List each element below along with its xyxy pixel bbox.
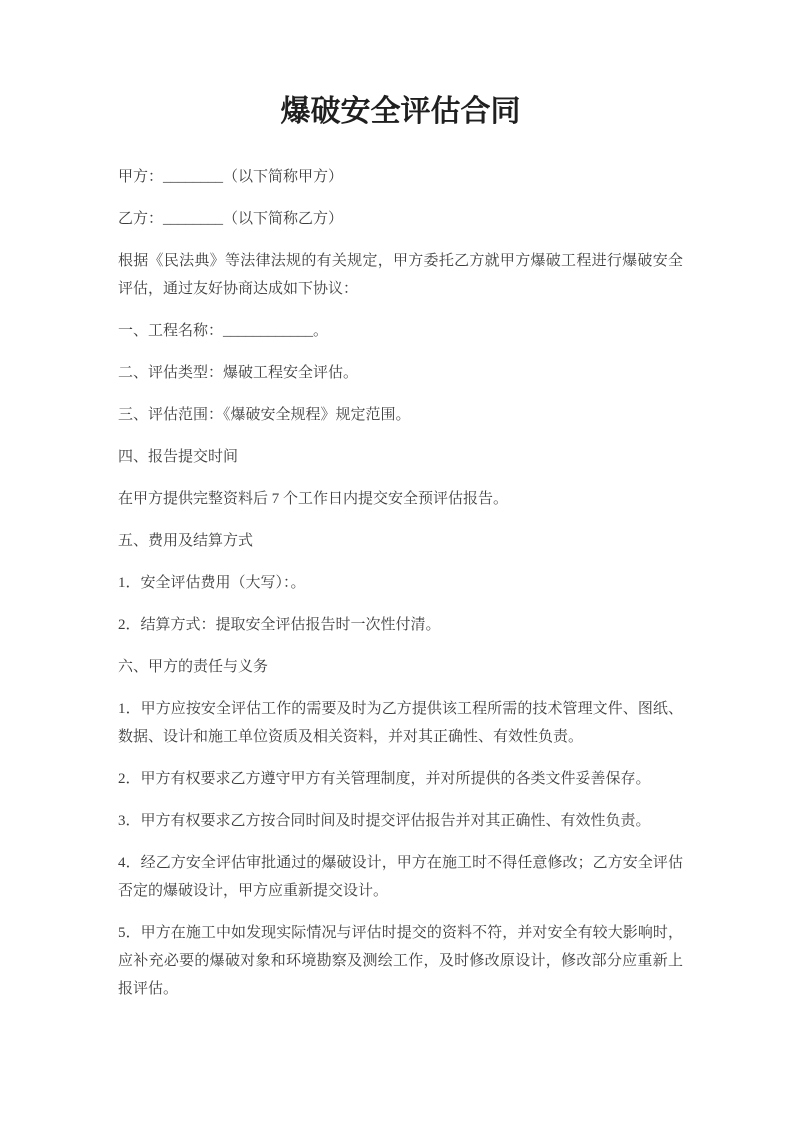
document-page: 爆破安全评估合同 甲方：________（以下简称甲方） 乙方：________… xyxy=(0,0,793,1122)
clause-6-item-3: 3．甲方有权要求乙方按合同时间及时提交评估报告并对其正确性、有效性负责。 xyxy=(118,807,683,835)
clause-5-item-2-settlement: 2．结算方式：提取安全评估报告时一次性付清。 xyxy=(118,611,683,639)
clause-5-heading-fees: 五、费用及结算方式 xyxy=(118,527,683,555)
clause-6-item-5: 5．甲方在施工中如发现实际情况与评估时提交的资料不符，并对安全有较大影响时，应补… xyxy=(118,919,683,1003)
preamble: 根据《民法典》等法律法规的有关规定，甲方委托乙方就甲方爆破工程进行爆破安全评估，… xyxy=(118,247,683,303)
clause-6-item-1: 1．甲方应按安全评估工作的需要及时为乙方提供该工程所需的技术管理文件、图纸、数据… xyxy=(118,695,683,751)
document-content: 爆破安全评估合同 甲方：________（以下简称甲方） 乙方：________… xyxy=(118,0,683,1017)
clause-6-heading-party-a-duties: 六、甲方的责任与义务 xyxy=(118,653,683,681)
document-title: 爆破安全评估合同 xyxy=(118,92,683,132)
clause-6-item-2: 2．甲方有权要求乙方遵守甲方有关管理制度，并对所提供的各类文件妥善保存。 xyxy=(118,765,683,793)
party-a-line: 甲方：________（以下简称甲方） xyxy=(118,163,683,191)
clause-5-item-1-fee: 1．安全评估费用（大写）：。 xyxy=(118,569,683,597)
clause-4-report-time-detail: 在甲方提供完整资料后 7 个工作日内提交安全预评估报告。 xyxy=(118,485,683,513)
clause-2-assessment-type: 二、评估类型：爆破工程安全评估。 xyxy=(118,359,683,387)
party-b-line: 乙方：________（以下简称乙方） xyxy=(118,205,683,233)
clause-4-heading-report-time: 四、报告提交时间 xyxy=(118,443,683,471)
clause-6-item-4: 4．经乙方安全评估审批通过的爆破设计，甲方在施工时不得任意修改；乙方安全评估否定… xyxy=(118,849,683,905)
clause-3-assessment-scope: 三、评估范围：《爆破安全规程》规定范围。 xyxy=(118,401,683,429)
clause-1-project-name: 一、工程名称：____________。 xyxy=(118,317,683,345)
